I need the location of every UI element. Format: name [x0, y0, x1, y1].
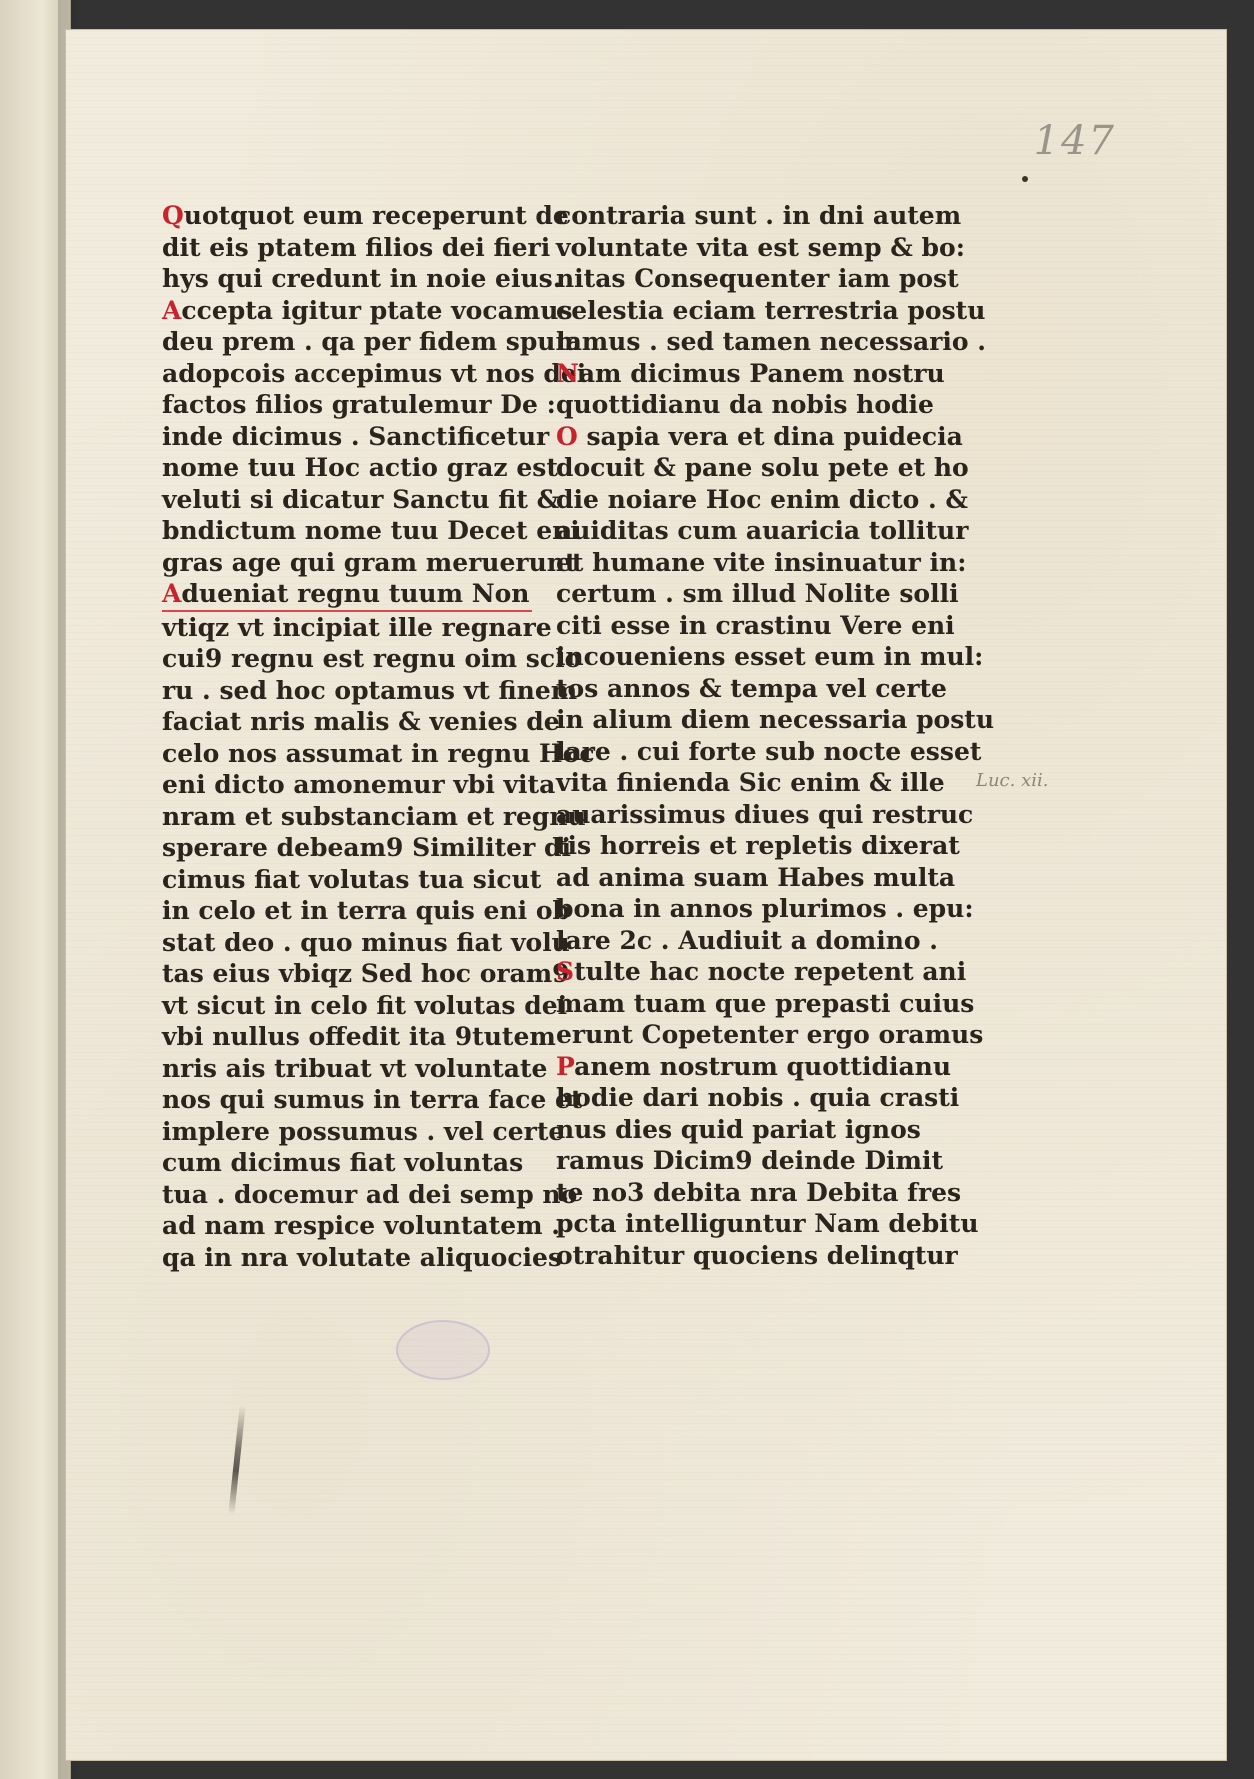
text-line: veluti si dicatur Sanctu fit &: [162, 484, 532, 516]
text-line: certum . sm illud Nolite solli: [556, 578, 936, 610]
text-line: tua . docemur ad dei semp no: [162, 1179, 532, 1211]
text-line: faciat nris malis & venies de: [162, 706, 532, 738]
text-line: voluntate vita est semp & bo:: [556, 232, 936, 264]
page-tear-mark: [228, 1405, 245, 1515]
text-line: stat deo . quo minus fiat volu: [162, 927, 532, 959]
text-line: celo nos assumat in regnu Hoc: [162, 738, 532, 770]
text-line: hodie dari nobis . quia crasti: [556, 1082, 936, 1114]
text-line: erunt Copetenter ergo oramus: [556, 1019, 936, 1051]
text-line: tas eius vbiqz Sed hoc oram9: [162, 958, 532, 990]
text-line: Quotquot eum receperunt de: [162, 200, 532, 232]
rubricated-initial: S: [556, 957, 574, 986]
text-line: vita finienda Sic enim & ille: [556, 767, 936, 799]
text-line: citi esse in crastinu Vere eni: [556, 610, 936, 642]
text-line: cimus fiat volutas tua sicut: [162, 864, 532, 896]
text-line: quottidianu da nobis hodie: [556, 389, 936, 421]
library-stamp: [396, 1320, 490, 1380]
rubricated-initial: A: [162, 296, 181, 325]
text-line: auiditas cum auaricia tollitur: [556, 515, 936, 547]
text-line: te no3 debita nra Debita fres: [556, 1177, 936, 1209]
text-line: in celo et in terra quis eni ob: [162, 895, 532, 927]
text-line: auarissimus diues qui restruc: [556, 799, 936, 831]
text-line: mam tuam que prepasti cuius: [556, 988, 936, 1020]
text-line: cum dicimus fiat voluntas: [162, 1147, 532, 1179]
text-line: vtiqz vt incipiat ille regnare: [162, 612, 532, 644]
text-line: deu prem . qa per fidem spum: [162, 326, 532, 358]
text-line: dit eis ptatem filios dei fieri: [162, 232, 532, 264]
text-line: contraria sunt . in dni autem: [556, 200, 936, 232]
manuscript-page: 147 Quotquot eum receperunt dedit eis pt…: [66, 30, 1226, 1760]
text-line: nris ais tribuat vt voluntate: [162, 1053, 532, 1085]
text-line: lamus . sed tamen necessario .: [556, 326, 936, 358]
text-line: O sapia vera et dina puidecia: [556, 421, 936, 453]
text-line: et humane vite insinuatur in:: [556, 547, 936, 579]
text-line: bona in annos plurimos . epu:: [556, 893, 936, 925]
rubricated-initial: A: [162, 579, 181, 608]
text-line: ad nam respice voluntatem .: [162, 1210, 532, 1242]
margin-annotation: Luc. xii.: [976, 770, 1048, 791]
text-column-left: Quotquot eum receperunt dedit eis ptatem…: [162, 200, 532, 1273]
text-line: nitas Consequenter iam post: [556, 263, 936, 295]
text-line: inde dicimus . Sanctificetur: [162, 421, 532, 453]
text-line: factos filios gratulemur De :: [162, 389, 532, 421]
text-line: lare . cui forte sub nocte esset: [556, 736, 936, 768]
text-line: Accepta igitur ptate vocamus: [162, 295, 532, 327]
text-line: implere possumus . vel certe: [162, 1116, 532, 1148]
text-line: ramus Dicim9 deinde Dimit: [556, 1145, 936, 1177]
text-line: tos annos & tempa vel certe: [556, 673, 936, 705]
text-line: in alium diem necessaria postu: [556, 704, 936, 736]
rubricated-initial: Q: [162, 201, 184, 230]
text-line: vt sicut in celo fit volutas dei: [162, 990, 532, 1022]
text-line: ru . sed hoc optamus vt finem: [162, 675, 532, 707]
text-line: nram et substanciam et regnu: [162, 801, 532, 833]
text-line: eni dicto amonemur vbi vita: [162, 769, 532, 801]
text-line: celestia eciam terrestria postu: [556, 295, 936, 327]
text-line: nos qui sumus in terra face et: [162, 1084, 532, 1116]
text-line: gras age qui gram meruerunt: [162, 547, 532, 579]
text-line: Stulte hac nocte repetent ani: [556, 956, 936, 988]
text-line: die noiare Hoc enim dicto . &: [556, 484, 936, 516]
text-column-right: contraria sunt . in dni autemvoluntate v…: [556, 200, 936, 1271]
text-line: nus dies quid pariat ignos: [556, 1114, 936, 1146]
text-line: ad anima suam Habes multa: [556, 862, 936, 894]
text-line: cui9 regnu est regnu oim sclo: [162, 643, 532, 675]
text-line: docuit & pane solu pete et ho: [556, 452, 936, 484]
text-line: pcta intelliguntur Nam debitu: [556, 1208, 936, 1240]
rubricated-initial: O: [556, 422, 578, 451]
rubricated-initial: N: [556, 359, 579, 388]
text-line: Panem nostrum quottidianu: [556, 1051, 936, 1083]
text-line: vbi nullus offedit ita 9tutem: [162, 1021, 532, 1053]
text-line: lare 2c . Audiuit a domino .: [556, 925, 936, 957]
text-line: otrahitur quociens delinqtur: [556, 1240, 936, 1272]
text-line: nome tuu Hoc actio graz est: [162, 452, 532, 484]
folio-number: 147: [1034, 118, 1116, 164]
text-line: tis horreis et repletis dixerat: [556, 830, 936, 862]
text-line: Nam dicimus Panem nostru: [556, 358, 936, 390]
text-line: hys qui credunt in noie eius.: [162, 263, 532, 295]
text-line: Adueniat regnu tuum Non: [162, 578, 532, 612]
text-line: qa in nra volutate aliquocies: [162, 1242, 532, 1274]
text-line: sperare debeam9 Similiter di: [162, 832, 532, 864]
text-line: bndictum nome tuu Decet eni: [162, 515, 532, 547]
text-line: incoueniens esset eum in mul:: [556, 641, 936, 673]
text-line: adopcois accepimus vt nos dei: [162, 358, 532, 390]
rubricated-initial: P: [556, 1052, 574, 1081]
ink-dot: [1022, 176, 1028, 182]
